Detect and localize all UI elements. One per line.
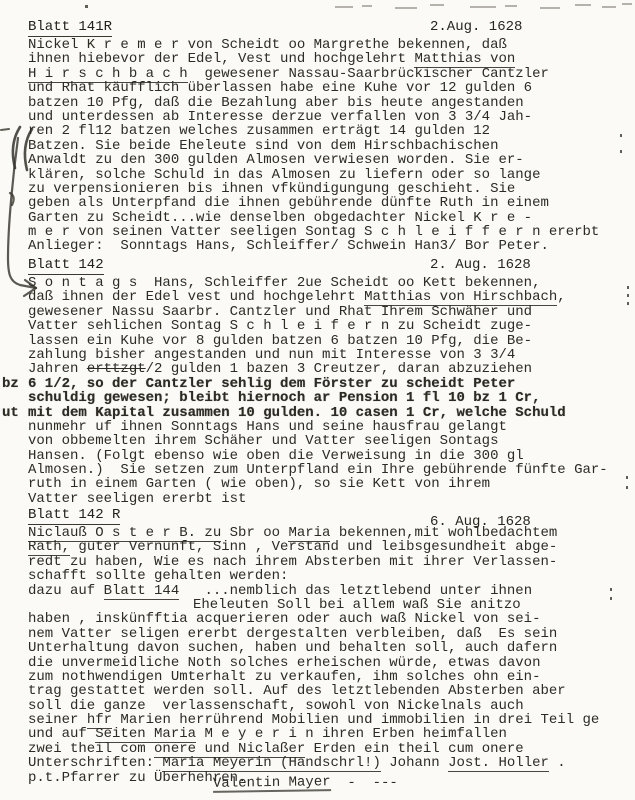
text-line: Unterhaltung davon suchen, haben und beh… bbox=[0, 641, 635, 655]
text-line: zum nothwendigen Umterhalt zu verkaufen,… bbox=[0, 670, 635, 684]
section-date: 2. Aug. 1628 bbox=[430, 258, 531, 273]
text-segment: - --- bbox=[331, 775, 398, 791]
text-line: trag gestattet werden soll. Auf des letz… bbox=[0, 684, 635, 698]
text-line: zwei theil com onere und Niclaßer Erden … bbox=[0, 742, 635, 756]
record-section-blatt-142: Blatt 1422. Aug. 1628S o n t a g s Hans,… bbox=[0, 258, 635, 506]
text-line: Hansen. (Folgt ebenso wie oben die Verwe… bbox=[0, 449, 635, 463]
section-header-row: Blatt 1422. Aug. 1628 bbox=[0, 258, 635, 276]
text-line: S o n t a g s Hans, Schleiffer 2ue Schei… bbox=[0, 276, 635, 290]
text-line: die unvermeidliche Noth solches erheisch… bbox=[0, 656, 635, 670]
text-line: gewesener Nassu Saarbr. Cantzler und Rha… bbox=[0, 305, 635, 319]
text-line: klären, solche Schuld in das Almosen zu … bbox=[0, 168, 635, 182]
text-line: bz6 1/2, so der Cantzler sehlig dem Förs… bbox=[0, 377, 635, 391]
text-segment: , bbox=[557, 289, 565, 305]
text-line: ihnen hiebevor der Edel, Vest und hochge… bbox=[0, 52, 635, 66]
text-line: Jahren erttzgt/2 gulden 1 bazen 3 Creutz… bbox=[0, 362, 635, 376]
text-line: zahlung bisher angestanden und nun mit I… bbox=[0, 348, 635, 362]
margin-hang-text: bz bbox=[2, 377, 19, 391]
text-line: H i r s c h b a c h gewesener Nassau-Saa… bbox=[0, 67, 635, 81]
section-heading: Blatt 142 bbox=[28, 257, 104, 275]
text-line: und Rhat käufflich überlassen habe eine … bbox=[0, 81, 635, 95]
section-heading: Blatt 142 R bbox=[28, 507, 120, 525]
text-line: Unterschriften: Maria Meyerin (Handschrl… bbox=[0, 756, 635, 770]
text-line: batzen 10 Pfg, daß die Bezahlung aber bi… bbox=[0, 96, 635, 110]
text-line: Vatter seeligen ererbt ist bbox=[0, 492, 635, 506]
text-line: Garten zu Scheidt...wie denselben obgeda… bbox=[0, 211, 635, 225]
text-line: ren 2 fl12 batzen welches zusammen erträ… bbox=[0, 124, 635, 138]
text-line: Rath, guter Vernunft, Sinn , Verstand un… bbox=[0, 540, 635, 554]
text-line: geben als Unterpfand die ihnen gebührend… bbox=[0, 196, 635, 210]
text-segment: . bbox=[549, 755, 566, 771]
text-line: Vatter sehlichen Sontag S c h l e i f e … bbox=[0, 319, 635, 333]
text-segment: Johann bbox=[381, 755, 448, 771]
text-line: dazu auf Blatt 144 ...nemblich das letzt… bbox=[0, 584, 635, 598]
section-header-row: Blatt 142 R6. Aug. 1628 bbox=[0, 508, 635, 526]
record-section-blatt-141r: Blatt 141R2.Aug. 1628Nickel K r e m e r … bbox=[0, 20, 635, 254]
underlined-text: Valentin Mayer bbox=[213, 775, 331, 793]
text-line: zu verpensionieren bis ihnen vfkündigung… bbox=[0, 182, 635, 196]
text-line: daß ihnen der Edel vest und hochgelehrt … bbox=[0, 290, 635, 304]
text-line: lassen ein Kuhe vor 8 gulden batzen 6 ba… bbox=[0, 334, 635, 348]
document-scan-page: Blatt 141R2.Aug. 1628Nickel K r e m e r … bbox=[0, 0, 635, 800]
text-line: schafft sollte gehalten werden: bbox=[0, 569, 635, 583]
text-line: soll die ganze verlassenschaft, sowohl v… bbox=[0, 699, 635, 713]
section-heading: Blatt 141R bbox=[28, 19, 112, 37]
text-line: und auf Seiten Maria M e y e r i n ihren… bbox=[0, 727, 635, 741]
text-line: seiner hfr Marien herrührend Mobilien un… bbox=[0, 713, 635, 727]
text-line: redt zu haben, Wie es nach ihrem Absterb… bbox=[0, 555, 635, 569]
text-line: Niclauß O s t e r B. zu Sbr oo Maria bek… bbox=[0, 526, 635, 540]
text-line: haben , inskünfftia acquerieren oder auc… bbox=[0, 612, 635, 626]
text-line: Eheleuten Soll bei allem waß Sie anitzo bbox=[0, 598, 635, 612]
text-line: Anlieger: Sonntags Hans, Schleiffer/ Sch… bbox=[0, 239, 635, 253]
record-section-blatt-142r: Blatt 142 R6. Aug. 1628Niclauß O s t e r… bbox=[0, 508, 635, 785]
text-line: Nickel K r e m e r von Scheidt oo Margre… bbox=[0, 38, 635, 52]
text-segment: Vatter seeligen ererbt ist bbox=[28, 491, 246, 507]
text-line: schuldig gewesen; bleibt hiernoch ar Pen… bbox=[0, 391, 635, 405]
section-header-row: Blatt 141R2.Aug. 1628 bbox=[0, 20, 635, 38]
text-line: und unterdessen ab Interesse derzue verf… bbox=[0, 110, 635, 124]
margin-hang-text: ut bbox=[2, 406, 19, 420]
text-line: nunmehr uf ihnen Sonntags Hans und seine… bbox=[0, 420, 635, 434]
text-line: Anwaldt zu den 300 gulden Almosen verwie… bbox=[0, 153, 635, 167]
text-segment: Anlieger: Sonntags Hans, Schleiffer/ Sch… bbox=[28, 238, 549, 254]
text-line: m e r von seinen Vatter seeligen Sontag … bbox=[0, 225, 635, 239]
text-line: ruth in einem Garten ( wie oben), so sie… bbox=[0, 477, 635, 491]
text-line: Batzen. Sie beide Eheleute sind von dem … bbox=[0, 139, 635, 153]
text-line: von obbemelten ihrem Schäher und Vatter … bbox=[0, 434, 635, 448]
section-date: 2.Aug. 1628 bbox=[430, 20, 522, 35]
text-line: nem Vatter seligen ererbt dergestalten v… bbox=[0, 627, 635, 641]
text-line: utmit dem Kapital zusammen 10 gulden. 10… bbox=[0, 406, 635, 420]
text-line: Valentin Mayer - --- bbox=[213, 776, 398, 792]
text-line: Almosen.) Sie setzen zum Unterpfland ein… bbox=[0, 463, 635, 477]
text-segment: dazu auf bbox=[28, 583, 104, 599]
